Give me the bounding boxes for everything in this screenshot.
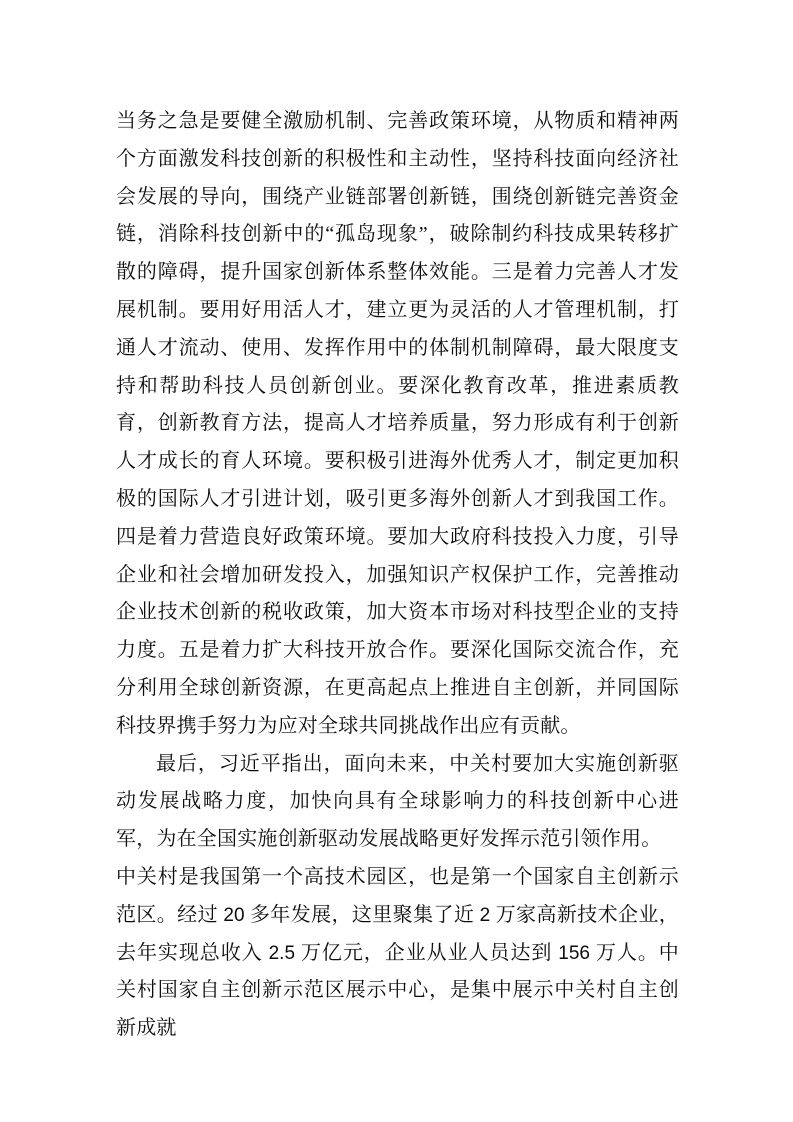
paragraph-zhongguancun-overview: 中关村是我国第一个高技术园区，也是第一个国家自主创新示范区。经过 20 多年发展… — [116, 859, 679, 1048]
text-run: 万亿元，企业从业人员达到 — [295, 942, 558, 964]
figure-total-revenue: 2.5 — [269, 943, 295, 964]
paragraph-xi-jinping-conclusion: 最后，习近平指出，面向未来，中关村要加大实施创新驱动发展战略力度，加快向具有全球… — [116, 746, 679, 859]
document-text-block: 当务之急是要健全激励机制、完善政策环境，从物质和精神两个方面激发科技创新的积极性… — [116, 103, 679, 1048]
figure-high-tech-companies: 2 — [480, 905, 491, 926]
figure-employees: 156 — [558, 943, 590, 964]
text-run: 多年发展，这里聚集了近 — [245, 904, 480, 926]
paragraph-innovation-mechanisms: 当务之急是要健全激励机制、完善政策环境，从物质和精神两个方面激发科技创新的积极性… — [116, 103, 679, 746]
document-page: 当务之急是要健全激励机制、完善政策环境，从物质和精神两个方面激发科技创新的积极性… — [0, 0, 793, 1122]
figure-years-of-development: 20 — [223, 905, 244, 926]
